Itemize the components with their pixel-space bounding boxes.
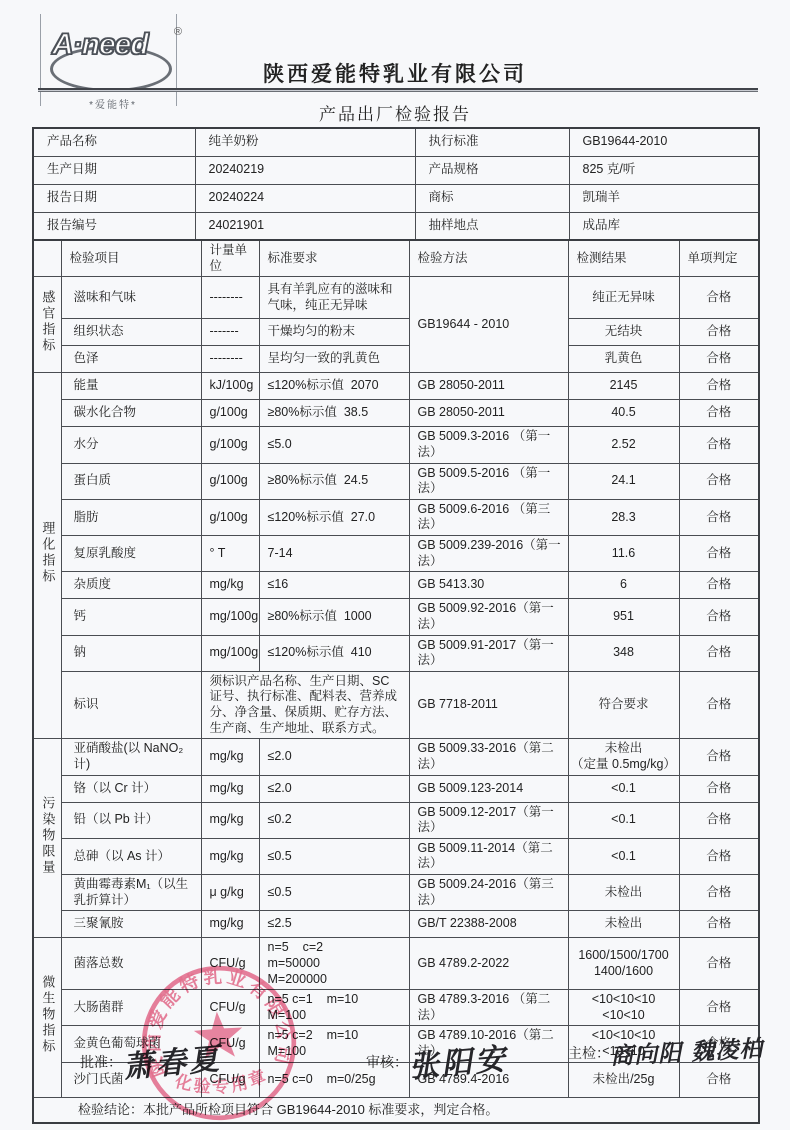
cell-judgement: 合格 [679, 802, 759, 838]
cell-result: <10<10<10 <10<10 [568, 990, 679, 1026]
cell-result: 951 [568, 599, 679, 635]
cell-requirement: ≥80%标示值 24.5 [259, 463, 409, 499]
cell-result: 2.52 [568, 427, 679, 463]
cell-method: GB 5009.5-2016 （第一法） [409, 463, 568, 499]
table-row: 钙 mg/100g ≥80%标示值 1000 GB 5009.92-2016（第… [33, 599, 759, 635]
cell-unit: mg/kg [201, 911, 259, 938]
info-label: 报告日期 [33, 184, 195, 212]
cell-result: 40.5 [568, 400, 679, 427]
cell-judgement: 合格 [679, 875, 759, 911]
cell-method: GB 5009.12-2017（第一法） [409, 802, 568, 838]
cell-method: GB 5009.24-2016（第三法） [409, 875, 568, 911]
cell-item: 钠 [61, 635, 201, 671]
cell-item: 标识 [61, 671, 201, 739]
cell-item: 组织状态 [61, 319, 201, 346]
info-value: 成品库 [569, 212, 759, 240]
cell-requirement: 须标识产品名称、生产日期、SC 证号、执行标准、配料表、营养成分、净含量、保质期… [201, 671, 409, 739]
info-value: 20240224 [195, 184, 415, 212]
cell-requirement: 7-14 [259, 536, 409, 572]
cell-unit: ------- [201, 319, 259, 346]
cell-requirement: ≤120%标示值 410 [259, 635, 409, 671]
info-value: 20240219 [195, 156, 415, 184]
logo-text: A·need [52, 28, 148, 62]
cell-method: GB 5009.33-2016（第二法） [409, 739, 568, 775]
cell-result: 1600/1500/1700 1400/1600 [568, 938, 679, 990]
cell-method: GB 5009.239-2016（第一法） [409, 536, 568, 572]
cell-item: 蛋白质 [61, 463, 201, 499]
info-value: 凯瑞羊 [569, 184, 759, 212]
table-row: 水分 g/100g ≤5.0 GB 5009.3-2016 （第一法） 2.52… [33, 427, 759, 463]
chief-group: 主检：商向阳 魏凌柏 [568, 1032, 763, 1065]
cell-requirement: ≤0.5 [259, 838, 409, 874]
table-row: 产品名称 纯羊奶粉 执行标准 GB19644-2010 [33, 128, 759, 156]
cell-unit: mg/kg [201, 739, 259, 775]
approve-label: 批准： [80, 1054, 122, 1070]
inspection-report-page: A·need ® *爱能特* 陕西爱能特乳业有限公司 产品出厂检验报告 产品名称… [0, 0, 790, 1130]
cell-judgement: 合格 [679, 599, 759, 635]
section-label-physchem: 理化指标 [33, 373, 61, 739]
cell-unit: μ g/kg [201, 875, 259, 911]
cell-unit: -------- [201, 277, 259, 319]
table-row: 色泽 -------- 呈均匀一致的乳黄色 乳黄色 合格 [33, 346, 759, 373]
cell-requirement: ≤16 [259, 572, 409, 599]
cell-requirement: 具有羊乳应有的滋味和气味，纯正无异味 [259, 277, 409, 319]
cell-result: 24.1 [568, 463, 679, 499]
table-row: 脂肪 g/100g ≤120%标示值 27.0 GB 5009.6-2016 （… [33, 499, 759, 535]
col-header-category [33, 240, 61, 277]
table-row: 三聚氰胺 mg/kg ≤2.5 GB/T 22388-2008 未检出 合格 [33, 911, 759, 938]
cell-item: 大肠菌群 [61, 990, 201, 1026]
cell-result: <0.1 [568, 838, 679, 874]
cell-item: 铬（以 Cr 计） [61, 775, 201, 802]
col-header-item: 检验项目 [61, 240, 201, 277]
cell-item: 水分 [61, 427, 201, 463]
table-row: 标识 须标识产品名称、生产日期、SC 证号、执行标准、配料表、营养成分、净含量、… [33, 671, 759, 739]
cell-method: GB 4789.3-2016 （第二法） [409, 990, 568, 1026]
info-label: 执行标准 [415, 128, 569, 156]
col-header-unit: 计量单位 [201, 240, 259, 277]
col-header-requirement: 标准要求 [259, 240, 409, 277]
cell-judgement: 合格 [679, 463, 759, 499]
table-header-row: 检验项目 计量单位 标准要求 检验方法 检测结果 单项判定 [33, 240, 759, 277]
info-value: 825 克/听 [569, 156, 759, 184]
table-row: 铅（以 Pb 计） mg/kg ≤0.2 GB 5009.12-2017（第一法… [33, 802, 759, 838]
cell-unit: g/100g [201, 499, 259, 535]
cell-method: GB19644 - 2010 [409, 277, 568, 373]
cell-unit: -------- [201, 346, 259, 373]
cell-requirement: ≤0.5 [259, 875, 409, 911]
cell-result: 未检出 （定量 0.5mg/kg） [568, 739, 679, 775]
cell-judgement: 合格 [679, 277, 759, 319]
info-label: 商标 [415, 184, 569, 212]
cell-requirement: 呈均匀一致的乳黄色 [259, 346, 409, 373]
cell-result: 未检出 [568, 875, 679, 911]
cell-method: GB 28050-2011 [409, 373, 568, 400]
chief-label: 主检： [568, 1045, 610, 1061]
cell-result: 28.3 [568, 499, 679, 535]
review-label: 审核： [366, 1054, 408, 1070]
table-row: 钠 mg/100g ≤120%标示值 410 GB 5009.91-2017（第… [33, 635, 759, 671]
info-value: 纯羊奶粉 [195, 128, 415, 156]
cell-judgement: 合格 [679, 427, 759, 463]
col-header-result: 检测结果 [568, 240, 679, 277]
cell-result: 无结块 [568, 319, 679, 346]
cell-unit: g/100g [201, 463, 259, 499]
table-row: 污染物限量 亚硝酸盐(以 NaNO₂ 计) mg/kg ≤2.0 GB 5009… [33, 739, 759, 775]
cell-result: <0.1 [568, 775, 679, 802]
cell-unit: mg/kg [201, 775, 259, 802]
table-row: 杂质度 mg/kg ≤16 GB 5413.30 6 合格 [33, 572, 759, 599]
table-row: 铬（以 Cr 计） mg/kg ≤2.0 GB 5009.123-2014 <0… [33, 775, 759, 802]
cell-judgement: 合格 [679, 319, 759, 346]
cell-judgement: 合格 [679, 739, 759, 775]
cell-item: 复原乳酸度 [61, 536, 201, 572]
cell-unit: ° T [201, 536, 259, 572]
table-row: 理化指标 能量 kJ/100g ≤120%标示值 2070 GB 28050-2… [33, 373, 759, 400]
cell-requirement: ≤5.0 [259, 427, 409, 463]
cell-judgement: 合格 [679, 400, 759, 427]
cell-item: 脂肪 [61, 499, 201, 535]
cell-judgement: 合格 [679, 671, 759, 739]
cell-method: GB 28050-2011 [409, 400, 568, 427]
cell-unit: CFU/g [201, 938, 259, 990]
cell-unit: CFU/g [201, 990, 259, 1026]
cell-unit: mg/kg [201, 838, 259, 874]
cell-requirement: ≤120%标示值 27.0 [259, 499, 409, 535]
cell-unit: g/100g [201, 427, 259, 463]
cell-method: GB 5009.3-2016 （第一法） [409, 427, 568, 463]
cell-judgement: 合格 [679, 373, 759, 400]
cell-result: 348 [568, 635, 679, 671]
cell-unit: mg/kg [201, 572, 259, 599]
cell-method: GB 5009.123-2014 [409, 775, 568, 802]
section-label-pollutant: 污染物限量 [33, 739, 61, 938]
cell-judgement: 合格 [679, 775, 759, 802]
review-signature: 张阳安 [407, 1034, 509, 1086]
col-header-judgement: 单项判定 [679, 240, 759, 277]
table-row: 报告日期 20240224 商标 凯瑞羊 [33, 184, 759, 212]
cell-unit: g/100g [201, 400, 259, 427]
cell-requirement: ≥80%标示值 1000 [259, 599, 409, 635]
cell-judgement: 合格 [679, 938, 759, 990]
cell-judgement: 合格 [679, 635, 759, 671]
signature-area: 批准：萧春夏 审核：张阳安 主检：商向阳 魏凌柏 [32, 1028, 758, 1123]
cell-requirement: ≤0.2 [259, 802, 409, 838]
review-group: 审核：张阳安 [366, 1032, 507, 1076]
table-row: 总砷（以 As 计） mg/kg ≤0.5 GB 5009.11-2014（第二… [33, 838, 759, 874]
table-row: 复原乳酸度 ° T 7-14 GB 5009.239-2016（第一法） 11.… [33, 536, 759, 572]
cell-result: 乳黄色 [568, 346, 679, 373]
info-label: 报告编号 [33, 212, 195, 240]
cell-unit: mg/kg [201, 802, 259, 838]
table-row: 感官指标 滋味和气味 -------- 具有羊乳应有的滋味和气味，纯正无异味 G… [33, 277, 759, 319]
registered-trademark-icon: ® [174, 26, 182, 38]
cell-item: 铅（以 Pb 计） [61, 802, 201, 838]
cell-result: 11.6 [568, 536, 679, 572]
cell-item: 菌落总数 [61, 938, 201, 990]
cell-result: 未检出 [568, 911, 679, 938]
cell-item: 黄曲霉毒素M₁（以生乳折算计） [61, 875, 201, 911]
cell-requirement: n=5 c=1 m=10 M=100 [259, 990, 409, 1026]
cell-method: GB 5009.91-2017（第一法） [409, 635, 568, 671]
cell-result: 纯正无异味 [568, 277, 679, 319]
cell-item: 总砷（以 As 计） [61, 838, 201, 874]
col-header-method: 检验方法 [409, 240, 568, 277]
cell-method: GB 4789.2-2022 [409, 938, 568, 990]
info-label: 产品名称 [33, 128, 195, 156]
cell-result: 2145 [568, 373, 679, 400]
cell-item: 滋味和气味 [61, 277, 201, 319]
section-label-sensory: 感官指标 [33, 277, 61, 373]
table-row: 微生物指标 菌落总数 CFU/g n=5 c=2 m=50000 M=20000… [33, 938, 759, 990]
table-row: 碳水化合物 g/100g ≥80%标示值 38.5 GB 28050-2011 … [33, 400, 759, 427]
info-label: 抽样地点 [415, 212, 569, 240]
table-row: 生产日期 20240219 产品规格 825 克/听 [33, 156, 759, 184]
report-title: 产品出厂检验报告 [0, 100, 790, 125]
approve-signature: 萧春夏 [121, 1034, 223, 1086]
table-row: 蛋白质 g/100g ≥80%标示值 24.5 GB 5009.5-2016 （… [33, 463, 759, 499]
cell-unit: mg/100g [201, 599, 259, 635]
approve-group: 批准：萧春夏 [80, 1032, 221, 1076]
product-info-table: 产品名称 纯羊奶粉 执行标准 GB19644-2010 生产日期 2024021… [32, 127, 760, 241]
info-label: 产品规格 [415, 156, 569, 184]
cell-judgement: 合格 [679, 536, 759, 572]
cell-method: GB 5413.30 [409, 572, 568, 599]
cell-method: GB/T 22388-2008 [409, 911, 568, 938]
cell-item: 钙 [61, 599, 201, 635]
table-row: 报告编号 24021901 抽样地点 成品库 [33, 212, 759, 240]
cell-judgement: 合格 [679, 911, 759, 938]
cell-requirement: ≤2.5 [259, 911, 409, 938]
cell-item: 碳水化合物 [61, 400, 201, 427]
inspection-results-table: 检验项目 计量单位 标准要求 检验方法 检测结果 单项判定 感官指标 滋味和气味… [32, 239, 760, 1124]
cell-item: 色泽 [61, 346, 201, 373]
cell-method: GB 7718-2011 [409, 671, 568, 739]
header-divider [38, 88, 758, 92]
cell-judgement: 合格 [679, 990, 759, 1026]
cell-judgement: 合格 [679, 499, 759, 535]
cell-method: GB 5009.11-2014（第二法） [409, 838, 568, 874]
cell-requirement: ≤2.0 [259, 739, 409, 775]
table-row: 大肠菌群 CFU/g n=5 c=1 m=10 M=100 GB 4789.3-… [33, 990, 759, 1026]
cell-judgement: 合格 [679, 572, 759, 599]
cell-item: 三聚氰胺 [61, 911, 201, 938]
cell-method: GB 5009.6-2016 （第三法） [409, 499, 568, 535]
cell-judgement: 合格 [679, 838, 759, 874]
cell-requirement: ≤120%标示值 2070 [259, 373, 409, 400]
info-label: 生产日期 [33, 156, 195, 184]
cell-unit: mg/100g [201, 635, 259, 671]
info-value: GB19644-2010 [569, 128, 759, 156]
cell-result: <0.1 [568, 802, 679, 838]
info-value: 24021901 [195, 212, 415, 240]
cell-unit: kJ/100g [201, 373, 259, 400]
table-row: 组织状态 ------- 干燥均匀的粉末 无结块 合格 [33, 319, 759, 346]
cell-method: GB 5009.92-2016（第一法） [409, 599, 568, 635]
cell-judgement: 合格 [679, 346, 759, 373]
chief-signature: 商向阳 魏凌柏 [609, 1030, 764, 1071]
cell-requirement: n=5 c=2 m=50000 M=200000 [259, 938, 409, 990]
cell-item: 亚硝酸盐(以 NaNO₂ 计) [61, 739, 201, 775]
cell-requirement: 干燥均匀的粉末 [259, 319, 409, 346]
table-row: 黄曲霉毒素M₁（以生乳折算计） μ g/kg ≤0.5 GB 5009.24-2… [33, 875, 759, 911]
cell-result: 符合要求 [568, 671, 679, 739]
cell-result: 6 [568, 572, 679, 599]
cell-requirement: ≥80%标示值 38.5 [259, 400, 409, 427]
cell-item: 能量 [61, 373, 201, 400]
cell-item: 杂质度 [61, 572, 201, 599]
company-name: 陕西爱能特乳业有限公司 [0, 58, 790, 88]
cell-requirement: ≤2.0 [259, 775, 409, 802]
